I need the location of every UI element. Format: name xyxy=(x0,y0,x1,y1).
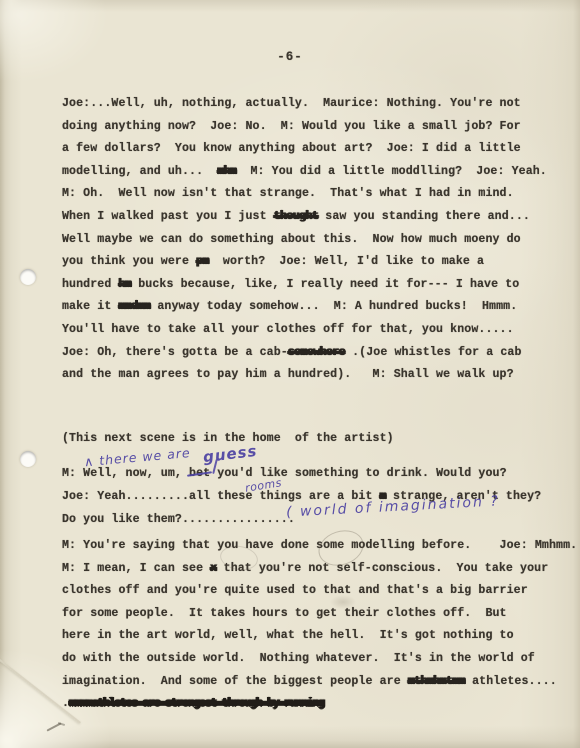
typed-text: here in the art world, well, what the he… xyxy=(62,629,514,642)
typed-text: make it xyxy=(62,300,118,313)
struck-text: thought xyxy=(274,210,319,223)
typed-line: Well maybe we can do something about thi… xyxy=(62,229,574,252)
punch-hole-bottom xyxy=(20,451,36,467)
typed-line: a few dollars? You know anything about a… xyxy=(62,138,574,161)
struck-text: mhm xyxy=(217,165,236,178)
typed-text: M: I mean, I can see xyxy=(62,562,210,575)
typed-text: and the man agrees to pay him a hundred)… xyxy=(62,368,514,381)
typed-line: make it mmdmm anyway today somehow... M:… xyxy=(62,296,574,319)
typed-line: you think you were pm worth? Joe: Well, … xyxy=(62,251,574,274)
typed-text: modelling, and uh... xyxy=(62,165,217,178)
typed-text: Joe: Oh, there's gotta be a cab- xyxy=(62,346,288,359)
typed-line: Joe:...Well, uh, nothing, actually. Maur… xyxy=(62,93,574,116)
typed-line: for some people. It takes hours to get t… xyxy=(62,603,574,626)
typed-text: (This next scene is in the home of the a… xyxy=(62,432,394,445)
typed-text: Joe:...Well, uh, nothing, actually. Maur… xyxy=(62,97,521,110)
typed-text: bucks because, like, I really need it fo… xyxy=(131,278,519,291)
typed-text: worth? Joe: Well, I'd like to make a xyxy=(209,255,484,268)
typed-text: doing anything now? Joe: No. M: Would yo… xyxy=(62,120,521,133)
struck-text: somewhere xyxy=(288,346,345,359)
struck-text: hm xyxy=(118,278,131,291)
typed-text: M: Well, now, um, xyxy=(62,467,189,480)
typed-text: hundred xyxy=(62,278,118,291)
scanned-page: -6- Joe:...Well, uh, nothing, actually. … xyxy=(0,0,580,748)
typed-line: imagination. And some of the biggest peo… xyxy=(62,671,574,694)
typed-text: Do you like them?................ xyxy=(62,513,295,526)
typed-line: do with the outside world. Nothing whate… xyxy=(62,648,574,671)
typed-text: do with the outside world. Nothing whate… xyxy=(62,652,535,665)
typed-text: you think you were xyxy=(62,255,196,268)
typed-line: You'll have to take all your clothes off… xyxy=(62,319,574,342)
typed-text: anyway today somehow... M: A hundred buc… xyxy=(150,300,517,313)
punch-hole-top xyxy=(20,269,36,285)
typed-line: M: Well, now, um, bet you'd like somethi… xyxy=(62,463,574,486)
typed-text: When I walked past you I just xyxy=(62,210,274,223)
typed-line: When I walked past you I just thought sa… xyxy=(62,206,574,229)
typed-line: .mmmmathletes-are-strongest-through-by-r… xyxy=(62,693,574,716)
typed-text: athletes.... xyxy=(465,675,557,688)
handwritten-caret: ∧ xyxy=(83,455,94,471)
typed-text: You'll have to take all your clothes off… xyxy=(62,323,514,336)
struck-text: mmdmm xyxy=(118,300,150,313)
struck-text: mthmhmtmm xyxy=(408,675,465,688)
typed-text: clothes off and you're quite used to tha… xyxy=(62,584,528,597)
typed-line: hundred hm bucks because, like, I really… xyxy=(62,274,574,297)
struck-text: bet xyxy=(189,467,210,480)
typed-text: that you're not self-conscious. You take… xyxy=(217,562,549,575)
typed-text: saw you standing there and... xyxy=(318,210,530,223)
typed-line: here in the art world, well, what the he… xyxy=(62,625,574,648)
typed-text: you'd like something to drink. Would you… xyxy=(210,467,506,480)
page-number: -6- xyxy=(0,50,580,64)
typed-line: doing anything now? Joe: No. M: Would yo… xyxy=(62,116,574,139)
typed-text: Joe: Yeah.........all these things are a… xyxy=(62,490,380,503)
typed-line: and the man agrees to pay him a hundred)… xyxy=(62,364,574,387)
typed-text: M: You did a little moddlling? Joe: Yeah… xyxy=(236,165,547,178)
typed-line: (This next scene is in the home of the a… xyxy=(62,428,574,451)
typed-text: for some people. It takes hours to get t… xyxy=(62,607,507,620)
typed-text: M: Oh. Well now isn't that strange. That… xyxy=(62,187,514,200)
typed-text: a few dollars? You know anything about a… xyxy=(62,142,521,155)
typed-line: clothes off and you're quite used to tha… xyxy=(62,580,574,603)
struck-text: pm xyxy=(196,255,209,268)
typed-line: modelling, and uh... mhm M: You did a li… xyxy=(62,161,574,184)
typed-line: M: I mean, I can see x that you're not s… xyxy=(62,558,574,581)
typed-text-block: Joe:...Well, uh, nothing, actually. Maur… xyxy=(62,93,574,716)
typed-text: imagination. And some of the biggest peo… xyxy=(62,675,408,688)
typed-line: Joe: Oh, there's gotta be a cab-somewher… xyxy=(62,342,574,365)
typed-text: .(Joe whistles for a cab xyxy=(345,346,521,359)
struck-text: mmmmathletes-are-strongest-through-by-ru… xyxy=(69,697,324,710)
ink-smudge xyxy=(330,595,356,609)
typed-line: M: Oh. Well now isn't that strange. That… xyxy=(62,183,574,206)
typed-text: Well maybe we can do something about thi… xyxy=(62,233,521,246)
